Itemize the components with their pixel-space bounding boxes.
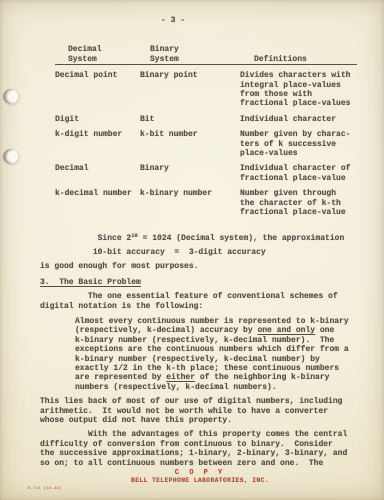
cell-definition: Divides characters with integral place-v… bbox=[240, 71, 357, 109]
cell-decimal-term: k-decimal number bbox=[55, 189, 140, 217]
quote-underlined-one-and-only: one and only bbox=[257, 326, 315, 335]
table-header-row: Decimal System Binary System Definitions bbox=[55, 45, 357, 65]
punch-hole-top bbox=[3, 89, 18, 104]
accuracy-equation: 10-bit accuracy = 3-digit accuracy bbox=[40, 248, 356, 257]
page-content: - 3 - Decimal System Binary System Defin… bbox=[40, 16, 356, 468]
since-text-rest: = 1024 (Decimal system), the approximati… bbox=[138, 234, 344, 243]
table-row: k-digit number k-bit number Number given… bbox=[55, 130, 357, 158]
definitions-table: Decimal System Binary System Definitions… bbox=[55, 45, 357, 217]
header-decimal-system: Decimal System bbox=[55, 45, 140, 64]
cell-decimal-term: Decimal bbox=[55, 164, 140, 183]
page-number: - 3 - bbox=[15, 16, 331, 25]
cell-definition: Number given by charac- ters of k succes… bbox=[240, 130, 357, 158]
cell-binary-term: Binary bbox=[140, 164, 240, 183]
table-row: Digit Bit Individual character bbox=[55, 115, 357, 124]
cell-definition: Individual character of fractional place… bbox=[240, 164, 357, 183]
conclusion-line: is good enough for most purposes. bbox=[40, 262, 356, 271]
paragraph-lies-back: This lies back of most of our use of dig… bbox=[40, 397, 356, 425]
company-name: BELL TELEPHONE LABORATORIES, INC. bbox=[40, 477, 360, 484]
cell-binary-term: Binary point bbox=[140, 71, 240, 109]
document-page: - 3 - Decimal System Binary System Defin… bbox=[0, 0, 384, 500]
cell-binary-term: k-bit number bbox=[140, 130, 240, 158]
intro-paragraph: The one essential feature of conventiona… bbox=[40, 292, 356, 311]
cell-definition: Individual character bbox=[240, 115, 357, 124]
paragraph-with-advantages: With the advantages of this property com… bbox=[40, 430, 356, 468]
punch-hole-bottom bbox=[3, 149, 18, 164]
form-number: E-711 (10-48) bbox=[28, 487, 62, 492]
cell-binary-term: Bit bbox=[140, 115, 240, 124]
header-binary-system: Binary System bbox=[140, 45, 240, 64]
section-heading: 3. The Basic Problem bbox=[40, 278, 356, 287]
header-definitions: Definitions bbox=[240, 45, 357, 64]
cell-definition: Number given through the character of k-… bbox=[240, 189, 357, 217]
since-text-prefix: Since 2 bbox=[40, 234, 131, 243]
cell-decimal-term: k-digit number bbox=[55, 130, 140, 158]
block-quote: Almost every continuous number is repres… bbox=[75, 317, 356, 392]
since-approximation-line: Since 210 = 1024 (Decimal system), the a… bbox=[40, 231, 356, 243]
footer-stamp: C O P Y BELL TELEPHONE LABORATORIES, INC… bbox=[40, 469, 360, 484]
copy-stamp: C O P Y bbox=[40, 469, 360, 477]
exponent-superscript: 10 bbox=[131, 232, 138, 239]
table-row: k-decimal number k-binary number Number … bbox=[55, 189, 357, 217]
cell-binary-term: k-binary number bbox=[140, 189, 240, 217]
quote-underlined-either: either bbox=[166, 373, 195, 382]
table-row: Decimal Binary Individual character of f… bbox=[55, 164, 357, 183]
table-row: Decimal point Binary point Divides chara… bbox=[55, 71, 357, 109]
cell-decimal-term: Digit bbox=[55, 115, 140, 124]
cell-decimal-term: Decimal point bbox=[55, 71, 140, 109]
